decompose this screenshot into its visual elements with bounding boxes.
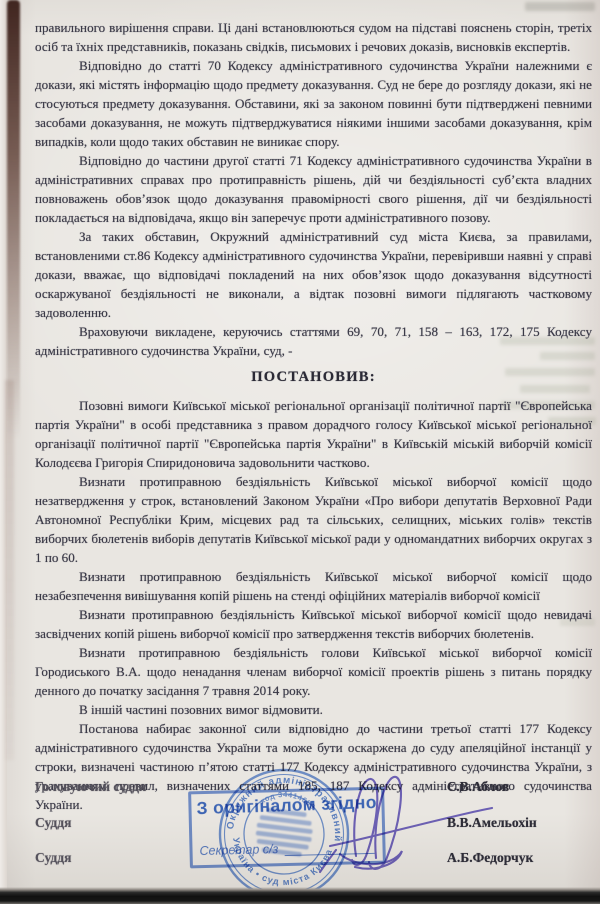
judge-role-label: Головуючий суддя [35,779,146,794]
para-article-70: Відповідно до статті 70 Кодексу адмініст… [35,56,592,151]
scan-spine-shadow-lower [5,380,14,760]
para-court-assessment: За таких обставин, Окружний адміністрати… [35,227,592,322]
para-continuation: правильного вирішення справи. Ці дані вс… [35,18,592,56]
para-other-claims-denied: В іншій частині позовних вимог відмовити… [35,700,592,719]
scan-bottom-border [0,887,600,904]
bleed-through-artifact [525,2,595,11]
para-inaction-certified-copies: Визнати протиправною бездіяльність Київс… [35,605,592,643]
judge-role-label: Суддя [35,815,72,830]
para-claims-satisfied: Позовні вимоги Київської міської регіона… [35,396,592,472]
para-inaction-official-stand: Визнати протиправною бездіяльність Київс… [35,567,592,605]
handwritten-signature [300,758,500,880]
ruling-text: правильного вирішення справи. Ці дані вс… [35,18,592,814]
judge-role-label: Суддя [35,850,72,865]
secretary-label: Секретар с/з [199,842,278,858]
para-inaction-commission-head: Визнати протиправною бездіяльність голов… [35,643,592,700]
scan-spine-shadow [7,0,20,440]
para-article-71: Відповідно до частини другої статті 71 К… [35,151,592,227]
para-inaction-ballot-texts: Визнати протиправною бездіяльність Київс… [35,472,592,567]
para-legal-basis: Враховуючи викладене, керуючись статтями… [35,322,592,360]
resolution-heading: ПОСТАНОВИВ: [35,368,592,387]
